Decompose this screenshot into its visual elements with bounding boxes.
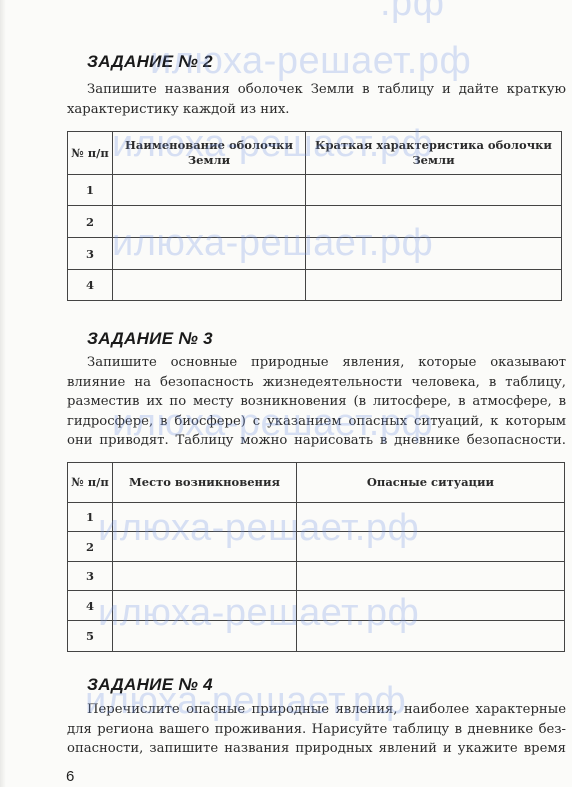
- shell-name-cell[interactable]: [113, 175, 306, 206]
- task2-instructions: Запишите названия оболочек Земли в табли…: [67, 80, 566, 119]
- header-text: № п/п: [71, 475, 109, 489]
- task3-heading: ЗАДАНИЕ № 3: [87, 329, 213, 349]
- task3-line-2: влияние на безопасность жизнедеятельност…: [67, 373, 566, 393]
- situations-cell[interactable]: [297, 532, 565, 562]
- page-edge: [0, 0, 6, 787]
- row-number: 1: [68, 175, 113, 206]
- task3-line-3: разместив их по месту возникновения (в л…: [67, 392, 566, 412]
- col-number-header: № п/п: [68, 463, 113, 503]
- shell-description-cell[interactable]: [306, 175, 562, 206]
- task3-line-4: гидросфере, в биосфере) с указанием опас…: [67, 412, 566, 432]
- task4-line-3: опасности, запишите названия природных я…: [67, 739, 566, 759]
- shell-description-cell[interactable]: [306, 206, 562, 238]
- col-place-header: Место возникновения: [113, 463, 297, 503]
- header-text: № п/п: [71, 146, 109, 160]
- row-number: 4: [68, 270, 113, 301]
- table-row: 3: [68, 238, 562, 270]
- task2-heading: ЗАДАНИЕ № 2: [87, 52, 213, 72]
- table-row: 1: [68, 175, 562, 206]
- row-number: 3: [68, 562, 113, 591]
- watermark: .рф: [380, 0, 444, 25]
- col-shell-description-header: Краткая характеристика оболочки Земли: [306, 132, 562, 175]
- place-cell[interactable]: [113, 532, 297, 562]
- row-number: 2: [68, 206, 113, 238]
- earth-shells-table: № п/п Наименование оболочки Земли Кратка…: [67, 131, 562, 301]
- row-number: 5: [68, 621, 113, 652]
- task2-line-1: Запишите названия оболочек Земли в табли…: [67, 80, 566, 100]
- page-number: 6: [66, 768, 74, 785]
- shell-name-cell[interactable]: [113, 238, 306, 270]
- task3-instructions: Запишите основные природные явления, кот…: [67, 353, 566, 451]
- table-header-row: № п/п Место возникновения Опасные ситуац…: [68, 463, 565, 503]
- table-row: 5: [68, 621, 565, 652]
- task2-line-2: характеристику каждой из них.: [67, 100, 566, 120]
- situations-cell[interactable]: [297, 591, 565, 621]
- situations-cell[interactable]: [297, 562, 565, 591]
- task4-line-2: для региона вашего проживания. Нарисуйте…: [67, 720, 566, 740]
- table-row: 1: [68, 503, 565, 532]
- task4-heading: ЗАДАНИЕ № 4: [87, 675, 213, 695]
- shell-name-cell[interactable]: [113, 206, 306, 238]
- row-number: 4: [68, 591, 113, 621]
- header-text: Краткая характеристика оболочки Земли: [315, 138, 552, 167]
- shell-description-cell[interactable]: [306, 238, 562, 270]
- task4-line-1: Перечислите опасные природные явления, н…: [67, 700, 566, 720]
- shell-name-cell[interactable]: [113, 270, 306, 301]
- task4-instructions: Перечислите опасные природные явления, н…: [67, 700, 566, 759]
- col-shell-name-header: Наименование оболочки Земли: [113, 132, 306, 175]
- place-cell[interactable]: [113, 562, 297, 591]
- situations-cell[interactable]: [297, 503, 565, 532]
- table-header-row: № п/п Наименование оболочки Земли Кратка…: [68, 132, 562, 175]
- table-row: 3: [68, 562, 565, 591]
- place-cell[interactable]: [113, 591, 297, 621]
- task3-line-1: Запишите основные природные явления, кот…: [67, 353, 566, 373]
- col-dangerous-situations-header: Опасные ситуации: [297, 463, 565, 503]
- row-number: 1: [68, 503, 113, 532]
- header-text: Наименование оболочки Земли: [125, 138, 293, 167]
- row-number: 3: [68, 238, 113, 270]
- task3-line-5: они приводят. Таблицу можно нарисовать в…: [67, 431, 566, 451]
- table-row: 4: [68, 591, 565, 621]
- situations-cell[interactable]: [297, 621, 565, 652]
- col-number-header: № п/п: [68, 132, 113, 175]
- table-row: 2: [68, 532, 565, 562]
- shell-description-cell[interactable]: [306, 270, 562, 301]
- table-row: 4: [68, 270, 562, 301]
- header-text: Опасные ситуации: [367, 475, 494, 489]
- table-row: 2: [68, 206, 562, 238]
- place-cell[interactable]: [113, 621, 297, 652]
- header-text: Место возникновения: [129, 475, 280, 489]
- row-number: 2: [68, 532, 113, 562]
- natural-phenomena-table: № п/п Место возникновения Опасные ситуац…: [67, 462, 565, 652]
- place-cell[interactable]: [113, 503, 297, 532]
